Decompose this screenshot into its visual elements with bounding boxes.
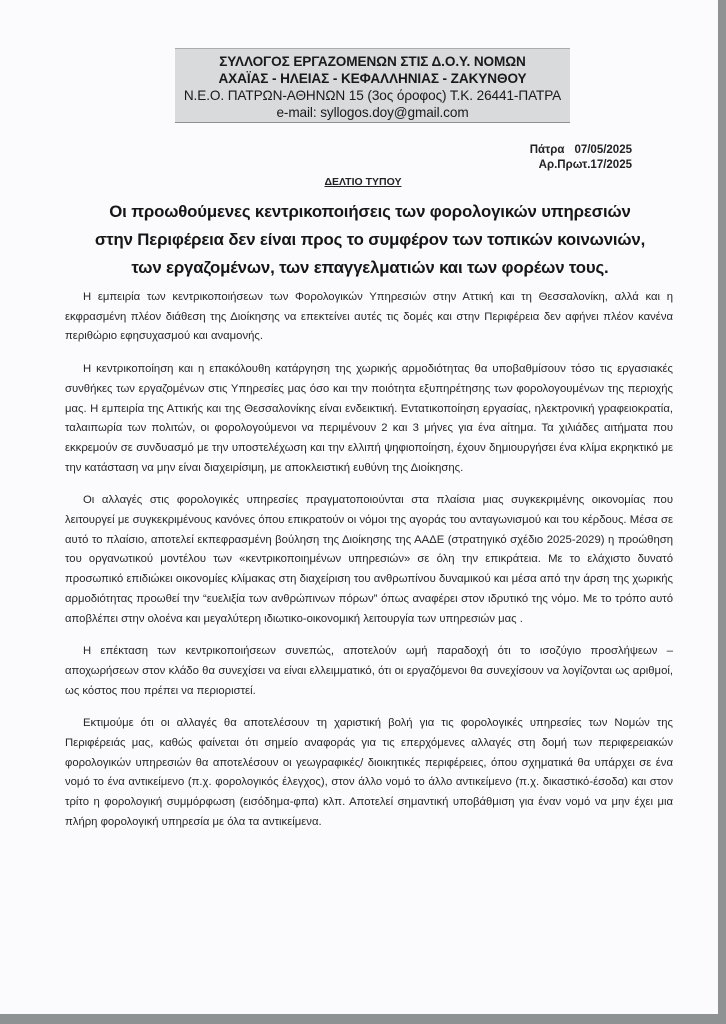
title-line: των εργαζομένων, των επαγγελματιών και τ…	[70, 254, 670, 282]
date-row: Πάτρα07/05/2025	[530, 143, 632, 158]
press-release-title: Οι προωθούμενες κεντρικοποιήσεις των φορ…	[70, 198, 670, 282]
protocol-number: Αρ.Πρωτ.17/2025	[530, 158, 632, 173]
org-address: Ν.Ε.Ο. ΠΑΤΡΩΝ-ΑΘΗΝΩΝ 15 (3ος όροφος) Τ.Κ…	[175, 87, 570, 104]
body-paragraph: Η κεντρικοποίηση και η επακόλουθη κατάργ…	[65, 360, 673, 478]
body-paragraph: Η επέκταση των κεντρικοποιήσεων συνεπώς,…	[65, 642, 673, 701]
document-page: ΣΥΛΛΟΓΟΣ ΕΡΓΑΖΟΜΕΝΩΝ ΣΤΙΣ Δ.Ο.Υ. ΝΟΜΩΝ Α…	[0, 0, 718, 1014]
document-meta: Πάτρα07/05/2025 Αρ.Πρωτ.17/2025	[530, 143, 632, 173]
date-value: 07/05/2025	[574, 144, 632, 156]
body-paragraph: Οι αλλαγές στις φορολογικές υπηρεσίες πρ…	[65, 491, 673, 629]
body-paragraph: Η εμπειρία των κεντρικοποιήσεων των Φορο…	[65, 288, 673, 347]
org-name-line2: ΑΧΑΪΑΣ - ΗΛΕΙΑΣ - ΚΕΦΑΛΛΗΝΙΑΣ - ΖΑΚΥΝΘΟΥ	[175, 70, 570, 87]
letterhead-box: ΣΥΛΛΟΓΟΣ ΕΡΓΑΖΟΜΕΝΩΝ ΣΤΙΣ Δ.Ο.Υ. ΝΟΜΩΝ Α…	[175, 48, 570, 123]
title-line: Οι προωθούμενες κεντρικοποιήσεις των φορ…	[70, 198, 670, 226]
document-type-heading: ΔΕΛΤΙΟ ΤΥΠΟΥ	[0, 176, 726, 188]
org-name-line1: ΣΥΛΛΟΓΟΣ ΕΡΓΑΖΟΜΕΝΩΝ ΣΤΙΣ Δ.Ο.Υ. ΝΟΜΩΝ	[175, 53, 570, 70]
title-line: στην Περιφέρεια δεν είναι προς το συμφέρ…	[70, 226, 670, 254]
body-paragraph: Εκτιμούμε ότι οι αλλαγές θα αποτελέσουν …	[65, 714, 673, 832]
org-email: e-mail: syllogos.doy@gmail.com	[175, 104, 570, 121]
document-body: Η εμπειρία των κεντρικοποιήσεων των Φορο…	[65, 288, 673, 846]
city-label: Πάτρα	[530, 144, 565, 156]
